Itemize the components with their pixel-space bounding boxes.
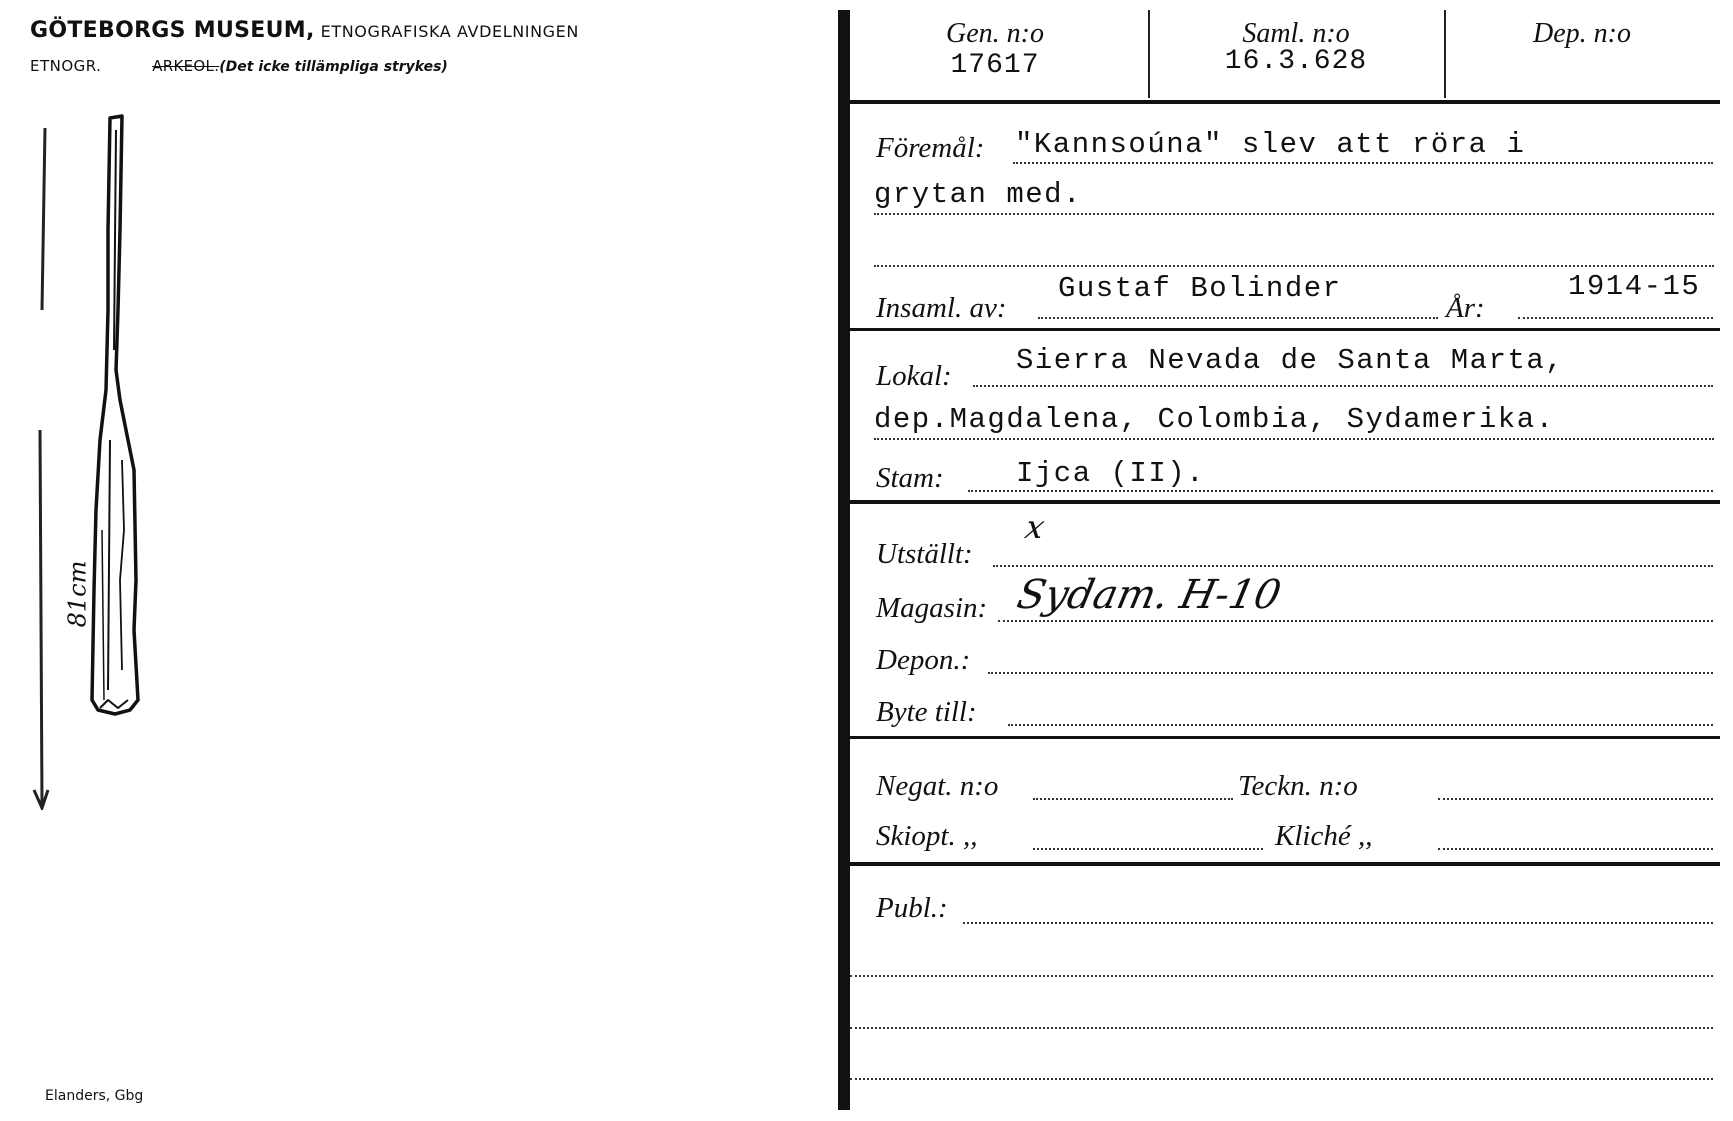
dotted-line (850, 1078, 1713, 1080)
lokal-label: Lokal: (876, 360, 952, 393)
skiopt-label: Skiopt. ,, (876, 820, 978, 853)
utstallt-mark: x (1022, 508, 1048, 546)
department-name: ETNOGRAFISKA AVDELNINGEN (321, 22, 579, 41)
utstallt-label: Utställt: (876, 538, 973, 571)
teckn-label: Teckn. n:o (1238, 770, 1358, 803)
foremal-value-line2: grytan med. (874, 178, 1082, 211)
foremal-value-line1: "Kannsoúna" slev att röra i (1015, 128, 1525, 161)
magasin-value: Sydam. H-10 (1013, 572, 1285, 618)
year-value: 1914-15 (1568, 270, 1700, 303)
dotted-line (1438, 848, 1713, 850)
card-spine-border (838, 10, 850, 1110)
saml-no-value: 16.3.628 (1150, 46, 1442, 77)
saml-no-cell: Saml. n:o 16.3.628 (1150, 10, 1442, 102)
card-number-header: Gen. n:o 17617 Saml. n:o 16.3.628 Dep. n… (850, 10, 1718, 105)
stam-value: Ijca (II). (1016, 457, 1205, 490)
dotted-line (1438, 798, 1713, 800)
insamlad-label: Insaml. av: (876, 292, 1006, 325)
catalog-card: Gen. n:o 17617 Saml. n:o 16.3.628 Dep. n… (838, 10, 1718, 1115)
negat-label: Negat. n:o (876, 770, 998, 803)
gen-no-cell: Gen. n:o 17617 (870, 10, 1120, 102)
dotted-line (1518, 317, 1713, 319)
byte-label: Byte till: (876, 696, 977, 729)
dotted-line (968, 490, 1713, 492)
gen-no-value: 17617 (870, 50, 1120, 81)
dotted-line (1013, 162, 1713, 164)
dotted-line (988, 672, 1713, 674)
category-arkeol: ARKEOL. (152, 57, 219, 75)
printer-imprint: Elanders, Gbg (45, 1088, 143, 1104)
dotted-line (1033, 798, 1233, 800)
lokal-value-line1: Sierra Nevada de Santa Marta, (1016, 344, 1564, 377)
strike-note: (Det icke tillämpliga strykes) (219, 59, 448, 75)
section-rule (850, 736, 1720, 739)
header-rule (850, 100, 1720, 104)
section-rule (850, 500, 1720, 504)
museum-name: GÖTEBORGS MUSEUM, (30, 18, 315, 43)
dotted-line (998, 620, 1713, 622)
dep-no-cell: Dep. n:o (1446, 10, 1718, 102)
section-rule (850, 862, 1720, 866)
dotted-line (1038, 317, 1438, 319)
lokal-value-line2: dep.Magdalena, Colombia, Sydamerika. (874, 403, 1555, 436)
dotted-line (973, 385, 1713, 387)
dotted-line (1033, 848, 1263, 850)
dotted-line (874, 438, 1714, 440)
magasin-label: Magasin: (876, 592, 987, 625)
year-label: År: (1446, 292, 1485, 325)
museum-header: GÖTEBORGS MUSEUM,ETNOGRAFISKA AVDELNINGE… (30, 18, 579, 43)
kliche-label: Kliché ,, (1275, 820, 1372, 853)
insamlad-value: Gustaf Bolinder (1058, 272, 1342, 305)
dotted-line (874, 265, 1714, 267)
dotted-line (850, 975, 1713, 977)
dimension-label: 81cm (63, 561, 91, 628)
dotted-line (1008, 724, 1713, 726)
dotted-line (993, 565, 1713, 567)
foremal-label: Föremål: (876, 132, 984, 165)
category-line: ETNOGR. ARKEOL.(Det icke tillämpliga str… (30, 57, 448, 75)
publ-label: Publ.: (876, 892, 948, 925)
dotted-line (874, 213, 1714, 215)
stam-label: Stam: (876, 462, 944, 495)
card-front-left-panel: GÖTEBORGS MUSEUM,ETNOGRAFISKA AVDELNINGE… (0, 0, 830, 1121)
ladle-drawing-icon: 81cm (30, 110, 170, 810)
dotted-line (850, 1027, 1713, 1029)
dep-no-label: Dep. n:o (1446, 18, 1718, 50)
depon-label: Depon.: (876, 644, 970, 677)
category-etnogr: ETNOGR. (30, 57, 101, 75)
dotted-line (963, 922, 1713, 924)
gen-no-label: Gen. n:o (870, 18, 1120, 50)
section-rule (850, 328, 1720, 331)
